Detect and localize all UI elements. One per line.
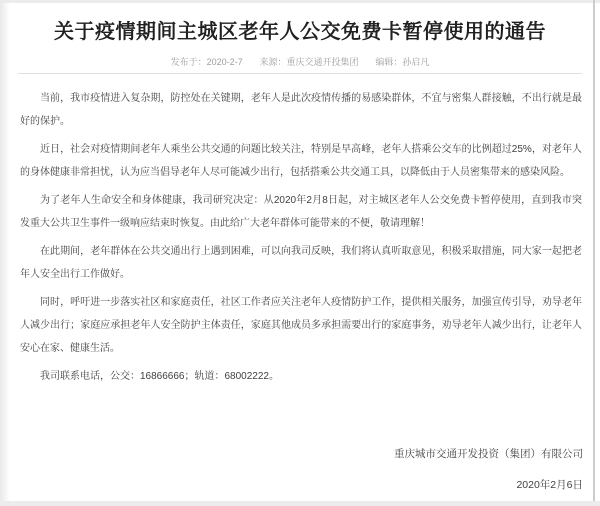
page-edge-shade-top — [0, 0, 600, 3]
contact-paragraph: 我司联系电话，公交：16866666；轨道：68002222。 — [20, 365, 582, 388]
notice-paragraph: 为了老年人生命安全和身体健康，我司研究决定：从2020年2月8日起，对主城区老年… — [20, 189, 582, 235]
meta-line: 发布于：2020-2-7 来源：重庆交通开投集团 编辑：孙启凡 — [0, 55, 600, 69]
notice-paragraph: 在此期间，老年群体在公共交通出行上遇到困难，可以向我司反映，我们将认真听取意见，… — [20, 240, 582, 286]
notice-body: 当前，我市疫情进入复杂期，防控处在关键期，老年人是此次疫情传播的易感染群体，不宜… — [0, 87, 600, 388]
notice-page: 关于疫情期间主城区老年人公交免费卡暂停使用的通告 发布于：2020-2-7 来源… — [0, 0, 600, 506]
meta-published: 发布于：2020-2-7 — [171, 57, 243, 67]
signature-block: 重庆城市交通开发投资（集团）有限公司 2020年2月6日 — [394, 443, 583, 497]
notice-paragraph: 同时，呼吁进一步落实社区和家庭责任，社区工作者应关注老年人疫情防护工作，提供相关… — [20, 291, 582, 360]
header-divider — [18, 73, 582, 74]
notice-paragraph: 当前，我市疫情进入复杂期，防控处在关键期，老年人是此次疫情传播的易感染群体，不宜… — [20, 87, 582, 133]
notice-date: 2020年2月6日 — [394, 474, 583, 497]
company-signature: 重庆城市交通开发投资（集团）有限公司 — [394, 443, 583, 466]
page-edge-line-right — [593, 0, 595, 502]
meta-source: 来源：重庆交通开投集团 — [260, 57, 359, 67]
notice-paragraph: 近日，社会对疫情期间老年人乘坐公共交通的问题比较关注，特别是早高峰，老年人搭乘公… — [20, 138, 582, 184]
page-edge-shade-bottom — [0, 501, 600, 506]
page-edge-shade-left — [0, 0, 10, 506]
meta-editor: 编辑：孙启凡 — [375, 57, 429, 67]
notice-title: 关于疫情期间主城区老年人公交免费卡暂停使用的通告 — [0, 0, 600, 47]
